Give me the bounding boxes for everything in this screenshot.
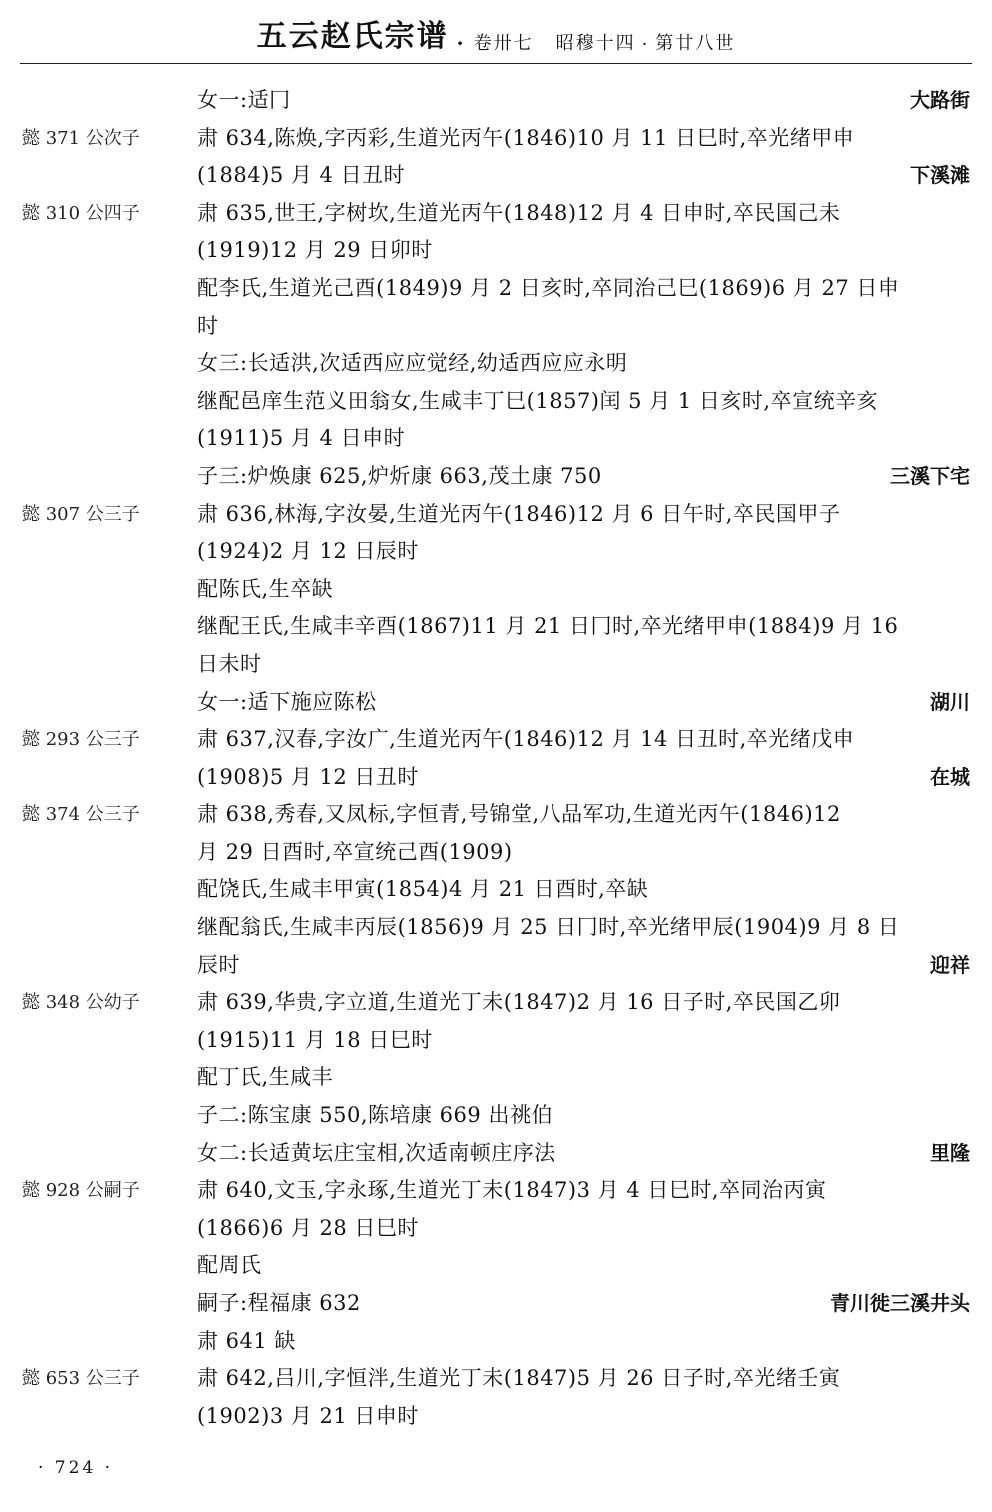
entry-line: 嗣子:程福康 632青川徙三溪井头: [0, 1285, 992, 1323]
parent-reference: 懿 293 公三子: [22, 721, 140, 759]
residence-place: 里隆: [930, 1135, 970, 1173]
parent-reference: 懿 307 公三子: [22, 496, 140, 534]
entry-text: 配李氏,生道光己酉(1849)9 月 2 日亥时,卒同治己巳(1869)6 月 …: [197, 270, 970, 308]
entry-text: 日未时: [197, 646, 970, 684]
entry-line: 懿 374 公三子肃 638,秀春,又凤标,字恒青,号锦堂,八品军功,生道光丙午…: [0, 796, 992, 834]
parent-reference: 懿 371 公次子: [22, 120, 140, 158]
residence-place: 大路街: [910, 82, 970, 120]
residence-place: 在城: [930, 759, 970, 797]
entry-text: (1919)12 月 29 日卯时: [197, 232, 970, 270]
entry-text: 肃 636,林海,字汝晏,生道光丙午(1846)12 月 6 日午时,卒民国甲子: [197, 496, 970, 534]
entry-text: 配陈氏,生卒缺: [197, 571, 970, 609]
entry-line: 女一:适冂大路街: [0, 82, 992, 120]
genealogy-body: 女一:适冂大路街懿 371 公次子肃 634,陈焕,字丙彩,生道光丙午(1846…: [0, 82, 992, 1435]
entry-line: 女三:长适洪,次适西应应觉经,幼适西应应永明: [0, 345, 992, 383]
entry-line: 女二:长适黄坛庄宝相,次适南顿庄序法里隆: [0, 1135, 992, 1173]
entry-line: (1908)5 月 12 日丑时在城: [0, 759, 992, 797]
residence-place: 下溪滩: [910, 157, 970, 195]
entry-line: 继配邑庠生范义田翁女,生咸丰丁巳(1857)闰 5 月 1 日亥时,卒宣统辛亥: [0, 383, 992, 421]
residence-place: 三溪下宅: [890, 458, 970, 496]
entry-text: 肃 640,文玉,字永琢,生道光丁未(1847)3 月 4 日巳时,卒同治丙寅: [197, 1172, 970, 1210]
entry-line: 女一:适下施应陈松湖川: [0, 684, 992, 722]
entry-line: (1924)2 月 12 日辰时: [0, 533, 992, 571]
entry-line: 懿 928 公嗣子肃 640,文玉,字永琢,生道光丁未(1847)3 月 4 日…: [0, 1172, 992, 1210]
parent-reference: 懿 928 公嗣子: [22, 1172, 140, 1210]
entry-text: 辰时: [197, 947, 970, 985]
page-number: · 724 ·: [38, 1458, 113, 1478]
entry-text: 继配邑庠生范义田翁女,生咸丰丁巳(1857)闰 5 月 1 日亥时,卒宣统辛亥: [197, 383, 970, 421]
entry-line: 子二:陈宝康 550,陈培康 669 出祧伯: [0, 1097, 992, 1135]
entry-text: 配周氏: [197, 1247, 970, 1285]
entry-line: 时: [0, 308, 992, 346]
entry-text: 肃 641 缺: [197, 1323, 970, 1361]
entry-text: 肃 638,秀春,又凤标,字恒青,号锦堂,八品军功,生道光丙午(1846)12: [197, 796, 970, 834]
entry-line: (1911)5 月 4 日申时: [0, 420, 992, 458]
entry-line: 懿 293 公三子肃 637,汉春,字汝广,生道光丙午(1846)12 月 14…: [0, 721, 992, 759]
parent-reference: 懿 653 公三子: [22, 1360, 140, 1398]
entry-line: 继配翁氏,生咸丰丙辰(1856)9 月 25 日冂时,卒光绪甲辰(1904)9 …: [0, 909, 992, 947]
parent-reference: 懿 374 公三子: [22, 796, 140, 834]
entry-line: 子三:炉焕康 625,炉炘康 663,茂土康 750三溪下宅: [0, 458, 992, 496]
entry-text: 月 29 日酉时,卒宣统己酉(1909): [197, 834, 970, 872]
entry-line: 辰时迎祥: [0, 947, 992, 985]
book-title: 五云赵氏宗谱: [257, 11, 449, 55]
entry-line: (1902)3 月 21 日申时: [0, 1398, 992, 1436]
volume-label: 卷卅七: [474, 29, 534, 55]
entry-line: (1915)11 月 18 日巳时: [0, 1022, 992, 1060]
residence-place: 青川徙三溪井头: [830, 1285, 970, 1323]
entry-text: (1884)5 月 4 日丑时: [197, 157, 970, 195]
entry-text: 继配翁氏,生咸丰丙辰(1856)9 月 25 日冂时,卒光绪甲辰(1904)9 …: [197, 909, 970, 947]
parent-reference: 懿 310 公四子: [22, 195, 140, 233]
entry-text: 时: [197, 308, 970, 346]
entry-line: 继配王氏,生咸丰辛酉(1867)11 月 21 日冂时,卒光绪甲申(1884)9…: [0, 608, 992, 646]
entry-text: (1915)11 月 18 日巳时: [197, 1022, 970, 1060]
entry-text: 配丁氏,生咸丰: [197, 1059, 970, 1097]
entry-text: (1924)2 月 12 日辰时: [197, 533, 970, 571]
entry-line: 懿 371 公次子肃 634,陈焕,字丙彩,生道光丙午(1846)10 月 11…: [0, 120, 992, 158]
entry-text: (1902)3 月 21 日申时: [197, 1398, 970, 1436]
entry-text: 肃 639,华贵,字立道,生道光丁未(1847)2 月 16 日子时,卒民国乙卯: [197, 984, 970, 1022]
entry-line: 懿 348 公幼子肃 639,华贵,字立道,生道光丁未(1847)2 月 16 …: [0, 984, 992, 1022]
section-separator: ·: [642, 34, 650, 55]
entry-line: 配李氏,生道光己酉(1849)9 月 2 日亥时,卒同治己巳(1869)6 月 …: [0, 270, 992, 308]
entry-line: (1919)12 月 29 日卯时: [0, 232, 992, 270]
entry-line: 日未时: [0, 646, 992, 684]
entry-line: 月 29 日酉时,卒宣统己酉(1909): [0, 834, 992, 872]
entry-line: 配周氏: [0, 1247, 992, 1285]
entry-text: 子三:炉焕康 625,炉炘康 663,茂土康 750: [197, 458, 970, 496]
entry-text: 肃 634,陈焕,字丙彩,生道光丙午(1846)10 月 11 日巳时,卒光绪甲…: [197, 120, 970, 158]
residence-place: 迎祥: [930, 947, 970, 985]
residence-place: 湖川: [930, 684, 970, 722]
entry-line: 懿 653 公三子肃 642,吕川,字恒泮,生道光丁未(1847)5 月 26 …: [0, 1360, 992, 1398]
entry-text: (1866)6 月 28 日巳时: [197, 1210, 970, 1248]
entry-text: 女三:长适洪,次适西应应觉经,幼适西应应永明: [197, 345, 970, 383]
entry-text: 女一:适冂: [197, 82, 970, 120]
entry-line: 懿 307 公三子肃 636,林海,字汝晏,生道光丙午(1846)12 月 6 …: [0, 496, 992, 534]
entry-line: 懿 310 公四子肃 635,世王,字树坎,生道光丙午(1848)12 月 4 …: [0, 195, 992, 233]
entry-line: 配饶氏,生咸丰甲寅(1854)4 月 21 日酉时,卒缺: [0, 871, 992, 909]
entry-text: (1911)5 月 4 日申时: [197, 420, 970, 458]
entry-text: 肃 635,世王,字树坎,生道光丙午(1848)12 月 4 日申时,卒民国己未: [197, 195, 970, 233]
entry-text: 女二:长适黄坛庄宝相,次适南顿庄序法: [197, 1135, 970, 1173]
entry-text: 肃 637,汉春,字汝广,生道光丙午(1846)12 月 14 日丑时,卒光绪戊…: [197, 721, 970, 759]
entry-text: (1908)5 月 12 日丑时: [197, 759, 970, 797]
generation-label: 第廿八世: [655, 29, 735, 55]
entry-text: 配饶氏,生咸丰甲寅(1854)4 月 21 日酉时,卒缺: [197, 871, 970, 909]
entry-text: 子二:陈宝康 550,陈培康 669 出祧伯: [197, 1097, 970, 1135]
page-header: 五云赵氏宗谱 · 卷卅七 昭穆十四 · 第廿八世: [20, 18, 972, 64]
entry-text: 肃 642,吕川,字恒泮,生道光丁未(1847)5 月 26 日子时,卒光绪壬寅: [197, 1360, 970, 1398]
section-label: 昭穆十四: [556, 29, 636, 55]
entry-line: (1866)6 月 28 日巳时: [0, 1210, 992, 1248]
entry-text: 继配王氏,生咸丰辛酉(1867)11 月 21 日冂时,卒光绪甲申(1884)9…: [197, 608, 970, 646]
entry-line: 配陈氏,生卒缺: [0, 571, 992, 609]
entry-line: 肃 641 缺: [0, 1323, 992, 1361]
title-separator: ·: [457, 31, 464, 55]
entry-line: (1884)5 月 4 日丑时下溪滩: [0, 157, 992, 195]
entry-line: 配丁氏,生咸丰: [0, 1059, 992, 1097]
parent-reference: 懿 348 公幼子: [22, 984, 140, 1022]
entry-text: 女一:适下施应陈松: [197, 684, 970, 722]
